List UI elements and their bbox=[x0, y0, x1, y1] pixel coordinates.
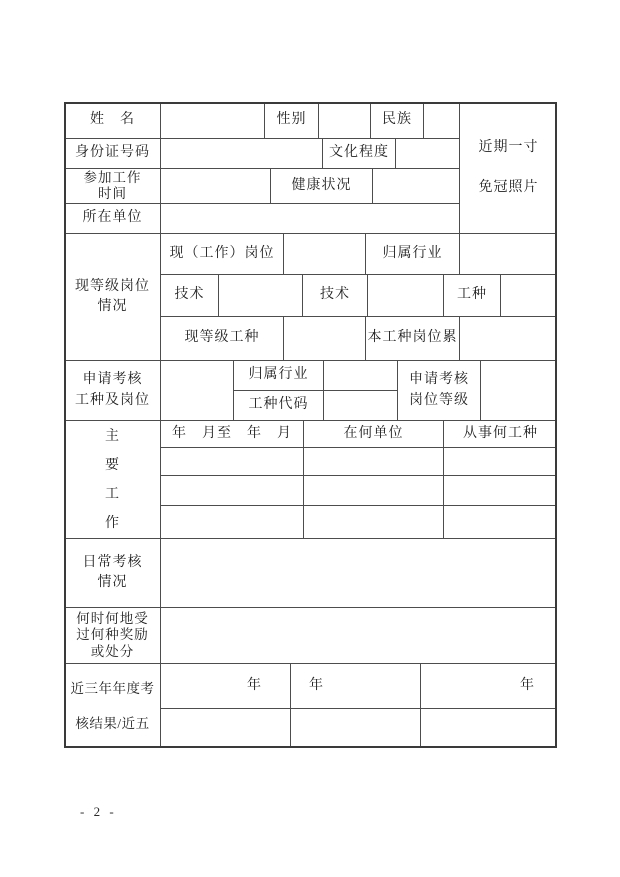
page-number: - 2 - bbox=[80, 804, 117, 820]
form-document-page: 姓 名 性别 民族 近期一寸 免冠照片 身份证号码 文化程度 参加工作 时间 健… bbox=[0, 0, 620, 877]
table-border-frame bbox=[64, 102, 557, 748]
